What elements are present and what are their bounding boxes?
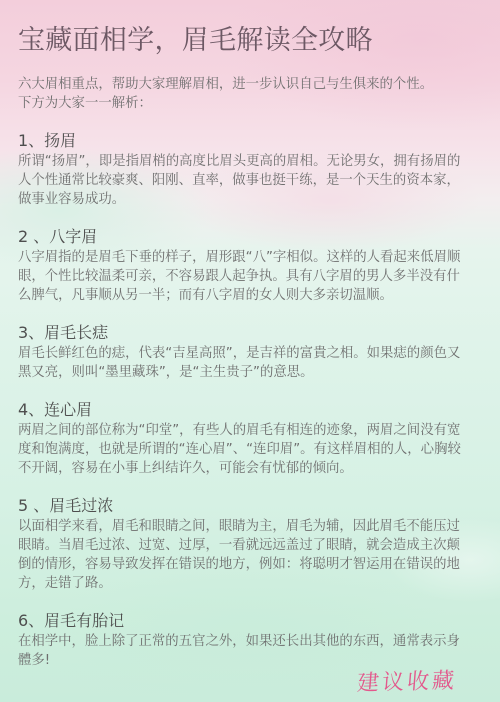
section-heading: 1、扬眉: [18, 130, 500, 152]
intro-line: 六大眉相重点，帮助大家理解眉相，进一步认识自己与生俱来的个性。: [18, 75, 500, 94]
article: 宝藏面相学，眉毛解读全攻略 六大眉相重点，帮助大家理解眉相，进一步认识自己与生俱…: [18, 0, 500, 670]
section-raised-brows: 1、扬眉 所谓“扬眉”，即是指眉梢的高度比眉头更高的眉相。无论男女，拥有扬眉的 …: [18, 130, 500, 209]
section-text-line: 做事业容易成功。: [18, 190, 500, 209]
section-text-line: 黑又亮，则叫“墨里藏珠”，是“主生贵子”的意思。: [18, 363, 500, 382]
page-title: 宝藏面相学，眉毛解读全攻略: [18, 25, 500, 57]
section-text-line: 體多!: [18, 651, 500, 670]
section-text-line: 所谓“扬眉”，即是指眉梢的高度比眉头更高的眉相。无论男女，拥有扬眉的: [18, 152, 500, 171]
section-thick-brows: 5 、眉毛过浓 以面相学来看，眉毛和眼睛之间，眼睛为主，眉毛为辅，因此眉毛不能压…: [18, 495, 500, 593]
section-text-line: 么脾气，凡事顺从另一半；而有八字眉的女人则大多亲切温顺。: [18, 286, 500, 305]
section-text-line: 眼睛。当眉毛过浓、过宽、过厚，一看就远远盖过了眼睛，就会造成主次颠: [18, 536, 500, 555]
section-text-line: 度和饱满度，也就是所谓的“连心眉”、“连印眉”。有这样眉相的人，心胸较: [18, 440, 500, 459]
section-heading: 5 、眉毛过浓: [18, 495, 500, 517]
section-heading: 4、连心眉: [18, 399, 500, 421]
section-text-line: 倒的情形，容易导致发挥在错误的地方，例如：将聪明才智运用在错误的地: [18, 555, 500, 574]
section-text-line: 眉毛长鲜红色的痣，代表“吉星高照”，是吉祥的富貴之相。如果痣的颜色又: [18, 344, 500, 363]
section-text-line: 两眉之间的部位称为“印堂”，有些人的眉毛有相连的迹象，两眉之间没有宽: [18, 421, 500, 440]
section-text-line: 不开阔，容易在小事上纠结许久，可能会有忧郁的倾向。: [18, 459, 500, 478]
section-heading: 2 、八字眉: [18, 226, 500, 248]
section-text-line: 眼，个性比较温柔可亲，不容易跟人起争执。具有八字眉的男人多半没有什: [18, 267, 500, 286]
section-heading: 3、眉毛长痣: [18, 322, 500, 344]
section-unibrow: 4、连心眉 两眉之间的部位称为“印堂”，有些人的眉毛有相连的迹象，两眉之间没有宽…: [18, 399, 500, 478]
section-text-line: 以面相学来看，眉毛和眼睛之间，眼睛为主，眉毛为辅，因此眉毛不能压过: [18, 517, 500, 536]
section-brow-mole: 3、眉毛长痣 眉毛长鲜红色的痣，代表“吉星高照”，是吉祥的富貴之相。如果痣的颜色…: [18, 322, 500, 382]
section-text-line: 人个性通常比较豪爽、阳刚、直率，做事也挺干练，是一个天生的资本家，: [18, 171, 500, 190]
bookmark-suggestion-watermark: 建议收藏: [356, 669, 458, 698]
section-heading: 6、眉毛有胎记: [18, 610, 500, 632]
intro-line: 下方为大家一一解析：: [18, 94, 500, 113]
section-text-line: 方，走错了路。: [18, 574, 500, 593]
section-text-line: 在相学中，脸上除了正常的五官之外，如果还长出其他的东西，通常表示身: [18, 632, 500, 651]
intro-paragraph: 六大眉相重点，帮助大家理解眉相，进一步认识自己与生俱来的个性。 下方为大家一一解…: [18, 75, 500, 113]
section-brow-birthmark: 6、眉毛有胎记 在相学中，脸上除了正常的五官之外，如果还长出其他的东西，通常表示…: [18, 610, 500, 670]
section-drooping-brows: 2 、八字眉 八字眉指的是眉毛下垂的样子，眉形跟“八”字相似。这样的人看起来低眉…: [18, 226, 500, 305]
section-text-line: 八字眉指的是眉毛下垂的样子，眉形跟“八”字相似。这样的人看起来低眉顺: [18, 248, 500, 267]
